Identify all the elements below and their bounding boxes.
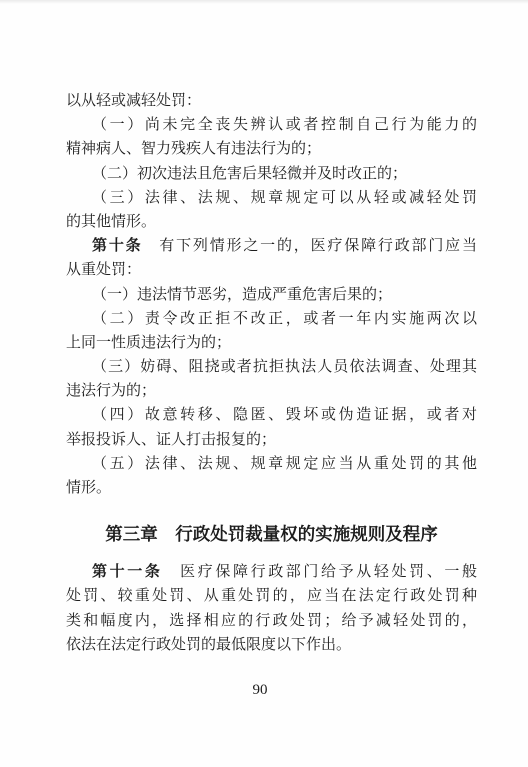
article-number: 第十条 <box>92 238 142 254</box>
text-line: （一）违法情节恶劣，造成严重危害后果的； <box>66 283 477 307</box>
text-line: 上同一性质违法行为的； <box>66 331 477 355</box>
text-line: （五）法律、法规、规章规定应当从重处罚的其他 <box>66 452 477 476</box>
text-line: 从重处罚： <box>66 258 477 282</box>
article-number: 第十一条 <box>92 564 162 580</box>
chapter-heading: 第三章 行政处罚裁量权的实施规则及程序 <box>66 521 477 547</box>
text-line: 的其他情形。 <box>66 210 477 234</box>
text-line: 以从轻或减轻处罚： <box>66 89 477 113</box>
text-line: （一）尚未完全丧失辨认或者控制自己行为能力的 <box>66 113 477 137</box>
text-line: 第十条 有下列情形之一的，医疗保障行政部门应当 <box>66 234 477 258</box>
text-line: 违法行为的； <box>66 379 477 403</box>
text-line: 举报投诉人、证人打击报复的； <box>66 428 477 452</box>
text-line: 依法在法定行政处罚的最低限度以下作出。 <box>66 633 477 657</box>
page-number: 90 <box>0 681 520 699</box>
document-page: 以从轻或减轻处罚：（一）尚未完全丧失辨认或者控制自己行为能力的精神病人、智力残疾… <box>0 0 528 767</box>
text-line: 处罚、较重处罚、从重处罚的，应当在法定行政处罚种 <box>66 584 477 608</box>
text-line: 精神病人、智力残疾人有违法行为的； <box>66 137 477 161</box>
text-line: （四）故意转移、隐匿、毁坏或伪造证据，或者对 <box>66 403 477 427</box>
text-line: （三）法律、法规、规章规定可以从轻或减轻处罚 <box>66 186 477 210</box>
text-line: 第十一条 医疗保障行政部门给予从轻处罚、一般 <box>66 560 477 584</box>
text-line: （三）妨碍、阻挠或者抗拒执法人员依法调查、处理其 <box>66 355 477 379</box>
text-line: 情形。 <box>66 476 477 500</box>
text-column: 以从轻或减轻处罚：（一）尚未完全丧失辨认或者控制自己行为能力的精神病人、智力残疾… <box>66 89 477 657</box>
text-line: 类和幅度内，选择相应的行政处罚；给予减轻处罚的， <box>66 609 477 633</box>
text-line: （二）初次违法且危害后果轻微并及时改正的； <box>66 162 477 186</box>
text-line: （二）责令改正拒不改正，或者一年内实施两次以 <box>66 307 477 331</box>
